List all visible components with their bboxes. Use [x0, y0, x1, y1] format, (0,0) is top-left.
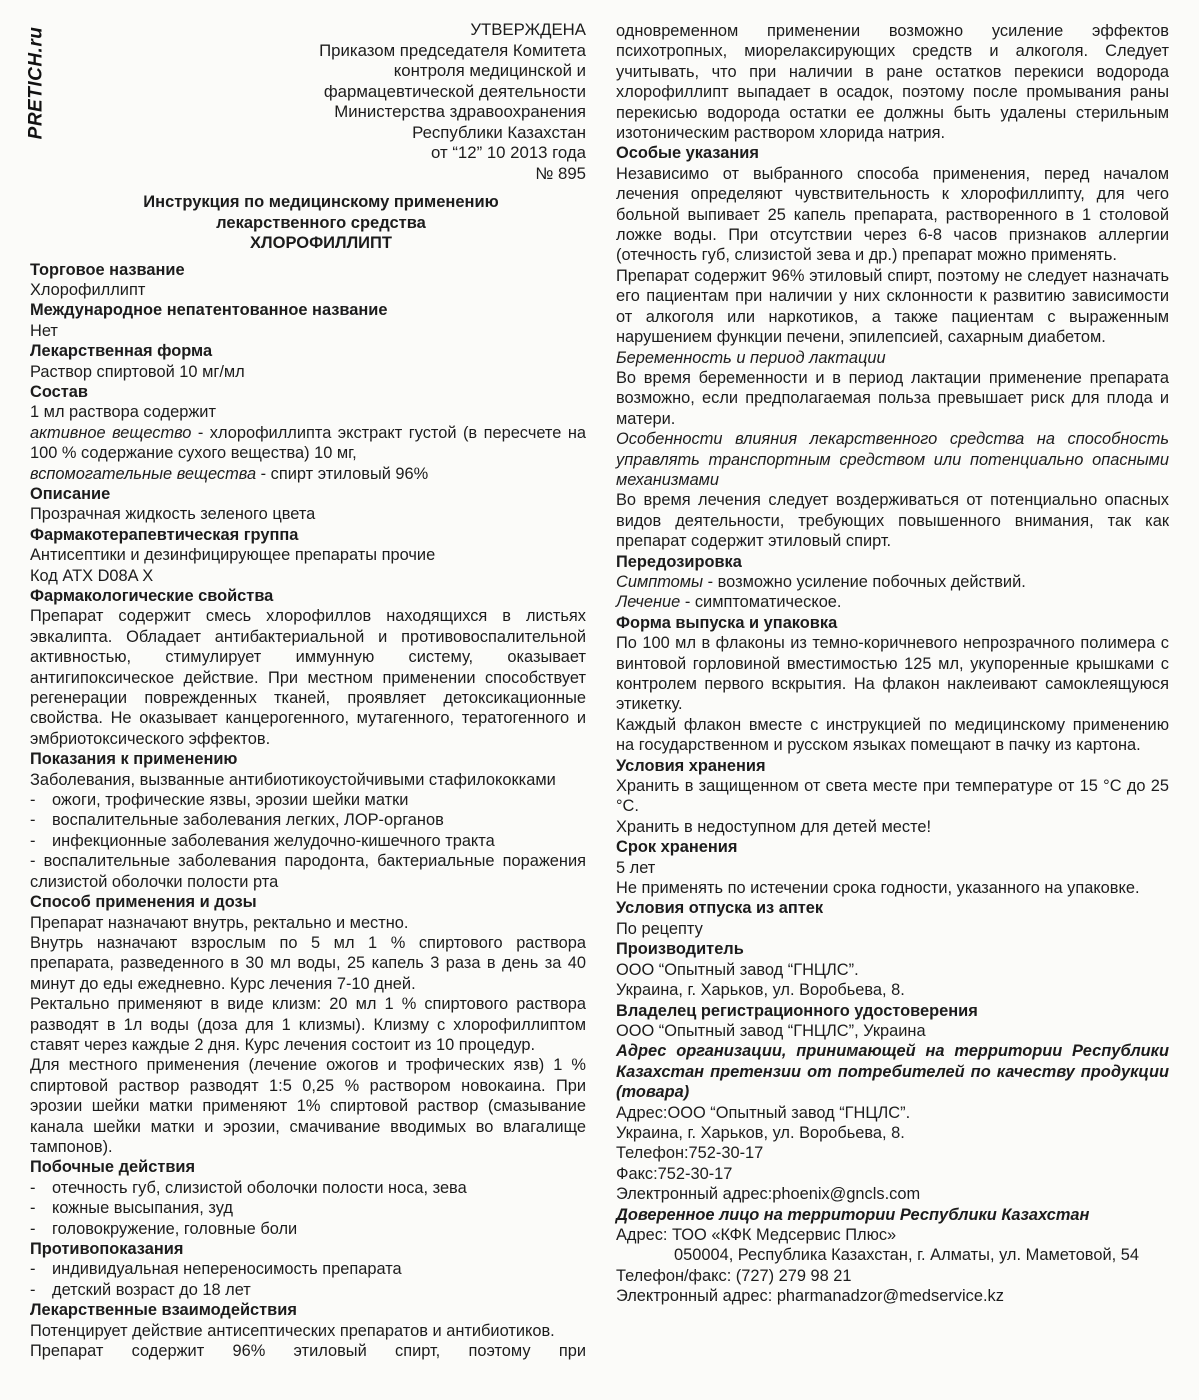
agent-phone: Телефон/факс: (727) 279 98 21 [616, 1266, 1169, 1286]
dosage-paragraph: Ректально применяют в виде клизм: 20 мл … [30, 994, 586, 1055]
approval-line: Приказом председателя Комитета [30, 41, 586, 62]
title-line: Инструкция по медицинскому применению [56, 192, 586, 213]
section-heading: Торговое название [30, 260, 586, 280]
claims-address: Адрес:ООО “Опытный завод “ГНЦЛС”. [616, 1103, 1169, 1123]
list-item: -инфекционные заболевания желудочно-кише… [30, 831, 586, 851]
interactions-text: Препарат содержит 96% этиловый спирт, по… [30, 1341, 586, 1361]
section-heading: Особые указания [616, 143, 1169, 163]
section-heading: Передозировка [616, 552, 1169, 572]
storage-text: Хранить в недоступном для детей месте! [616, 817, 1169, 837]
dispense-text: По рецепту [616, 919, 1169, 939]
holder-text: ООО “Опытный завод “ГНЦЛС”, Украина [616, 1021, 1169, 1041]
document-title: Инструкция по медицинскому применению ле… [30, 192, 586, 254]
shelf-life: 5 лет [616, 858, 1169, 878]
atc-code: Код АТХ D08A X [30, 566, 586, 586]
dosage-paragraph: Для местного применения (лечение ожогов … [30, 1055, 586, 1157]
dosage-paragraph: Препарат назначают внутрь, ректально и м… [30, 913, 586, 933]
manufacturer-name: ООО “Опытный завод “ГНЦЛС”. [616, 960, 1169, 980]
interactions-text: Потенцирует действие антисептических пре… [30, 1321, 586, 1341]
approval-line: от “12” 10 2013 года [30, 143, 586, 164]
section-heading: Производитель [616, 939, 1169, 959]
section-heading: Лекарственная форма [30, 341, 586, 361]
section-heading: Владелец регистрационного удостоверения [616, 1001, 1169, 1021]
section-heading: Противопоказания [30, 1239, 586, 1259]
list-item: -головокружение, головные боли [30, 1219, 586, 1239]
agent-address: Адрес: ТОО «КФК Медсервис Плюс» [616, 1225, 1169, 1245]
list-item: -индивидуальная непереносимость препарат… [30, 1259, 586, 1279]
list-item: -ожоги, трофические язвы, эрозии шейки м… [30, 790, 586, 810]
special-text: Препарат содержит 96% этиловый спирт, по… [616, 266, 1169, 348]
driving-text: Во время лечения следует воздерживаться … [616, 490, 1169, 551]
excipient-text: - спирт этиловый 96% [256, 465, 428, 483]
agent-address: 050004, Республика Казахстан, г. Алматы,… [616, 1245, 1169, 1265]
section-heading: Адрес организации, принимающей на террит… [616, 1041, 1169, 1102]
list-item: -воспалительные заболевания легких, ЛОР-… [30, 810, 586, 830]
approval-line: № 895 [30, 164, 586, 185]
shelf-note: Не применять по истечении срока годности… [616, 878, 1169, 898]
manufacturer-address: Украина, г. Харьков, ул. Воробьева, 8. [616, 980, 1169, 1000]
approval-line: фармацевтической деятельности [30, 82, 586, 103]
section-heading: Показания к применению [30, 749, 586, 769]
active-label: активное вещество [30, 424, 191, 442]
agent-email[interactable]: Электронный адрес: pharmanadzor@medservi… [616, 1286, 1169, 1306]
claims-fax: Факс:752-30-17 [616, 1164, 1169, 1184]
description-text: Прозрачная жидкость зеленого цвета [30, 504, 586, 524]
package-text: По 100 мл в флаконы из темно-коричневого… [616, 633, 1169, 715]
claims-phone: Телефон:752-30-17 [616, 1143, 1169, 1163]
claims-email[interactable]: Электронный адрес:phoenix@gncls.com [616, 1184, 1169, 1204]
trade-name: Хлорофиллипт [30, 280, 586, 300]
interactions-continued: одновременном применении возможно усилен… [616, 21, 1169, 143]
list-item: -детский возраст до 18 лет [30, 1280, 586, 1300]
section-heading: Способ применения и дозы [30, 892, 586, 912]
list-item: -отечность губ, слизистой оболочки полос… [30, 1178, 586, 1198]
approval-line: Республики Казахстан [30, 123, 586, 144]
list-item: -кожные высыпания, зуд [30, 1198, 586, 1218]
composition-excipient: вспомогательные вещества - спирт этиловы… [30, 464, 586, 484]
section-heading: Побочные действия [30, 1157, 586, 1177]
approval-line: УТВЕРЖДЕНА [30, 20, 586, 41]
right-column: одновременном применении возможно усилен… [616, 21, 1169, 1307]
indications-intro: Заболевания, вызванные антибиотикоустойч… [30, 770, 586, 790]
section-heading: Описание [30, 484, 586, 504]
subsection-heading: Беременность и период лактации [616, 348, 1169, 368]
pharm-group-text: Антисептики и дезинфицирующее препараты … [30, 545, 586, 565]
dosage-paragraph: Внутрь назначают взрослым по 5 мл 1 % сп… [30, 933, 586, 994]
inn-value: Нет [30, 321, 586, 341]
left-column: УТВЕРЖДЕНА Приказом председателя Комитет… [30, 20, 586, 1361]
excipient-label: вспомогательные вещества [30, 465, 256, 483]
section-heading: Лекарственные взаимодействия [30, 1300, 586, 1320]
claims-address: Украина, г. Харьков, ул. Воробьева, 8. [616, 1123, 1169, 1143]
package-text: Каждый флакон вместе с инструкцией по ме… [616, 715, 1169, 756]
section-heading: Международное непатентованное название [30, 300, 586, 320]
approval-line: контроля медицинской и [30, 61, 586, 82]
overdose-symptoms: Симптомы - возможно усиление побочных де… [616, 572, 1169, 592]
section-heading: Фармакологические свойства [30, 586, 586, 606]
composition-active: активное вещество - хлорофиллипта экстра… [30, 423, 586, 464]
overdose-treatment: Лечение - симптоматическое. [616, 592, 1169, 612]
section-heading: Условия отпуска из аптек [616, 898, 1169, 918]
title-line: лекарственного средства [56, 213, 586, 234]
list-item: - воспалительные заболевания пародонта, … [30, 851, 586, 892]
subsection-heading: Особенности влияния лекарственного средс… [616, 429, 1169, 490]
composition-intro: 1 мл раствора содержит [30, 402, 586, 422]
approval-block: УТВЕРЖДЕНА Приказом председателя Комитет… [30, 20, 586, 184]
pregnancy-text: Во время беременности и в период лактаци… [616, 368, 1169, 429]
approval-line: Министерства здравоохранения [30, 102, 586, 123]
section-heading: Условия хранения [616, 756, 1169, 776]
dosage-form: Раствор спиртовой 10 мг/мл [30, 362, 586, 382]
special-text: Независимо от выбранного способа примене… [616, 164, 1169, 266]
section-heading: Фармакотерапевтическая группа [30, 525, 586, 545]
drug-name-title: ХЛОРОФИЛЛИПТ [56, 233, 586, 254]
properties-text: Препарат содержит смесь хлорофиллов нахо… [30, 606, 586, 749]
section-heading: Форма выпуска и упаковка [616, 613, 1169, 633]
section-heading: Срок хранения [616, 837, 1169, 857]
section-heading: Доверенное лицо на территории Республики… [616, 1205, 1169, 1225]
storage-text: Хранить в защищенном от света месте при … [616, 776, 1169, 817]
section-heading: Состав [30, 382, 586, 402]
